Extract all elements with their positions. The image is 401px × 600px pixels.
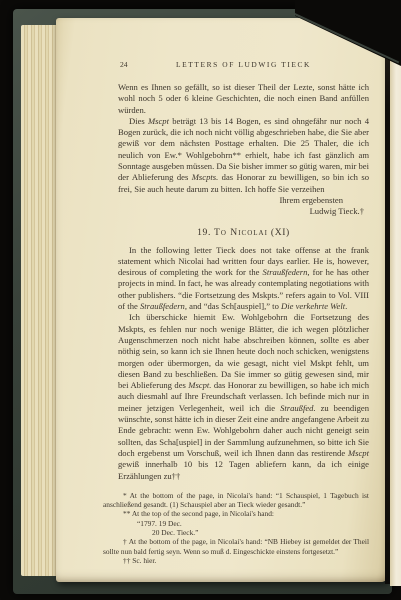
book-page: 24 LETTERS OF LUDWIG TIECK Wenn es Ihnen… [56, 18, 388, 582]
valediction: Ihrem ergebensten [118, 195, 369, 206]
footnote-marker: * [123, 491, 130, 500]
letter-19-body: Ich überschicke hiemit Ew. Wohlgebohrn d… [118, 312, 369, 481]
paragraph: Wenn es Ihnen so gefällt, so ist dieser … [118, 82, 369, 116]
page-edges-stack [21, 25, 61, 576]
letter-18-ending: Wenn es Ihnen so gefällt, so ist dieser … [118, 82, 369, 218]
running-header: 24 LETTERS OF LUDWIG TIECK [118, 60, 369, 70]
signature: Ludwig Tieck.† [118, 206, 369, 217]
footnote: ** At the top of the second page, in Nic… [103, 509, 369, 518]
footnote-line: 20 Dec. Tieck.” [103, 528, 369, 537]
paragraph: Dies Mscpt beträgt 13 bis 14 Bogen, es s… [118, 116, 369, 195]
footnote: * At the bottom of the page, in Nicolai'… [103, 491, 369, 510]
section-numeral: (XI) [271, 227, 290, 238]
footnote-marker: †† [123, 556, 132, 565]
book-photo: { "running_header": { "page_number": "24… [0, 0, 401, 600]
section-heading: 19. To Nicolai (XI) [118, 227, 369, 238]
facing-page-edge [390, 56, 401, 586]
section-addressee: To Nicolai [214, 227, 268, 238]
footnotes: * At the bottom of the page, in Nicolai'… [103, 491, 369, 565]
footnote-marker: ** [123, 509, 132, 518]
letter-18-paragraphs: Wenn es Ihnen so gefällt, so ist dieser … [118, 82, 369, 195]
footnote: † At the bottom of the page, in Nicolai'… [103, 537, 369, 556]
editorial-note: In the following letter Tieck does not t… [118, 245, 369, 313]
page-content: 24 LETTERS OF LUDWIG TIECK Wenn es Ihnen… [118, 60, 369, 565]
footnote: †† Sc. hier. [103, 556, 369, 565]
running-header-title: LETTERS OF LUDWIG TIECK [118, 60, 369, 69]
section-number: 19. [197, 227, 211, 238]
footnote-line: “1797. 19 Dec. [103, 519, 369, 528]
